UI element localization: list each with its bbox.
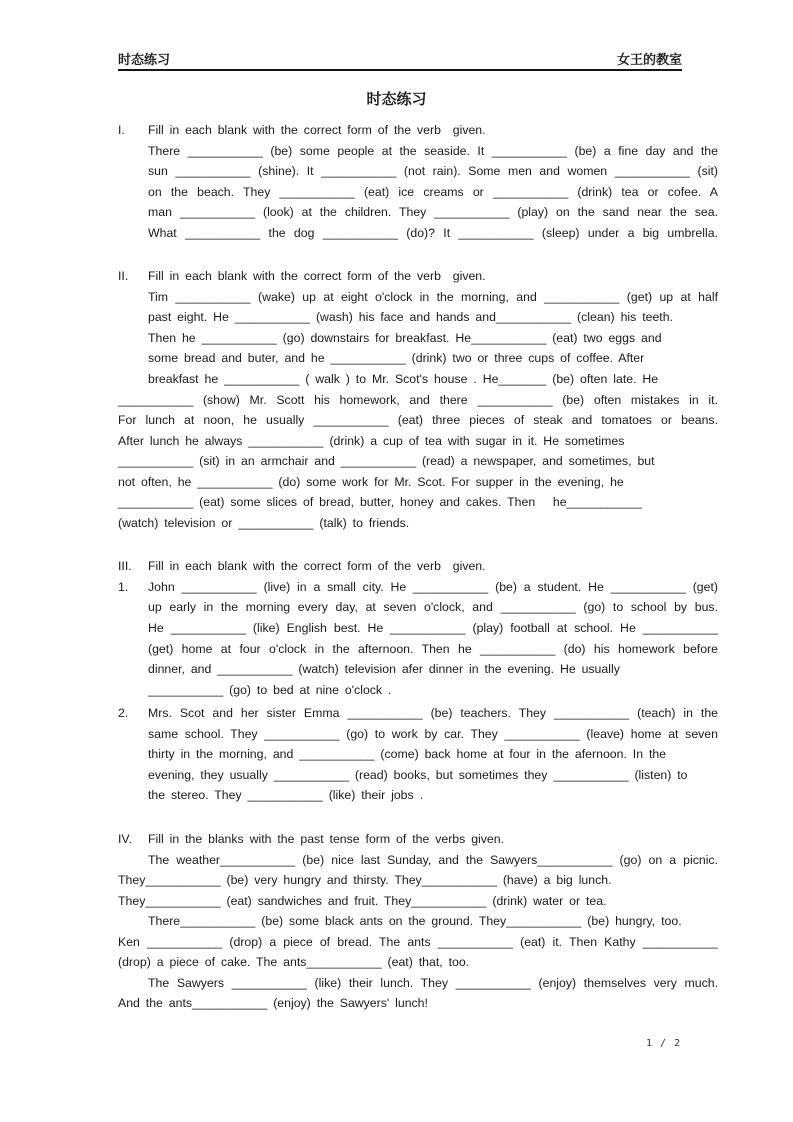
text-line: They___________ (eat) sandwiches and fru… [118, 891, 718, 912]
text-line: Then he ___________ (go) downstairs for … [148, 328, 718, 349]
text-line: And the ants___________ (enjoy) the Sawy… [118, 993, 718, 1014]
text-line: dinner, and ___________ (watch) televisi… [148, 659, 718, 680]
text-line: ___________ (show) Mr. Scott his homewor… [118, 390, 718, 411]
item-marker: 1. [118, 577, 128, 598]
section-heading: II.Fill in each blank with the correct f… [118, 266, 718, 287]
section-instruction: Fill in each blank with the correct form… [148, 556, 718, 577]
text-line: The weather___________ (be) nice last Su… [148, 850, 718, 871]
exercise-paragraph: Tim ___________ (wake) up at eight o'clo… [118, 287, 718, 534]
exercise-paragraph: 1.John ___________ (live) in a small cit… [118, 577, 718, 700]
text-line: on the beach. They ___________ (eat) ice… [148, 182, 718, 203]
text-line: Mrs. Scot and her sister Emma __________… [148, 703, 718, 724]
page-number: 1 / 2 [646, 1038, 681, 1049]
text-line: (get) home at four o'clock in the aftern… [148, 639, 718, 660]
text-line: (drop) a piece of cake. The ants________… [118, 952, 718, 973]
section-numeral: I. [118, 120, 148, 141]
text-line: ___________ (go) to bed at nine o'clock … [148, 680, 718, 701]
text-line: What ___________ the dog ___________ (do… [148, 223, 718, 244]
document-body: I.Fill in each blank with the correct fo… [118, 120, 718, 1014]
section-heading: I.Fill in each blank with the correct fo… [118, 120, 718, 141]
text-line: breakfast he ___________ ( walk ) to Mr.… [148, 369, 718, 390]
section-IV: IV.Fill in the blanks with the past tens… [118, 829, 718, 1014]
section-instruction: Fill in each blank with the correct form… [148, 120, 718, 141]
text-line: Ken ___________ (drop) a piece of bread.… [118, 932, 718, 953]
item-marker: 2. [118, 703, 128, 724]
text-line: There ___________ (be) some people at th… [148, 141, 718, 162]
section-heading: III.Fill in each blank with the correct … [118, 556, 718, 577]
text-line: evening, they usually ___________ (read)… [148, 765, 718, 786]
text-line: some bread and buter, and he ___________… [148, 348, 718, 369]
text-line: thirty in the morning, and ___________ (… [148, 744, 718, 765]
section-instruction: Fill in the blanks with the past tense f… [148, 829, 718, 850]
text-line: Tim ___________ (wake) up at eight o'clo… [148, 287, 718, 308]
text-line: the stereo. They ___________ (like) thei… [148, 785, 718, 806]
text-line: man ___________ (look) at the children. … [148, 202, 718, 223]
section-II: II.Fill in each blank with the correct f… [118, 266, 718, 533]
header-left-title: 时态练习 [118, 52, 170, 68]
text-line: After lunch he always ___________ (drink… [118, 431, 718, 452]
text-line: ___________ (eat) some slices of bread, … [118, 492, 718, 513]
exercise-paragraph: The weather___________ (be) nice last Su… [118, 850, 718, 1014]
section-numeral: II. [118, 266, 148, 287]
text-line: They___________ (be) very hungry and thi… [118, 870, 718, 891]
text-line: For lunch at noon, he usually __________… [118, 410, 718, 431]
text-line: The Sawyers ___________ (like) their lun… [148, 973, 718, 994]
text-line: ___________ (sit) in an armchair and ___… [118, 451, 718, 472]
text-line: past eight. He ___________ (wash) his fa… [148, 307, 718, 328]
text-line: sun ___________ (shine). It ___________ … [148, 161, 718, 182]
worksheet-page: 时态练习 女王的教室 时态练习 I.Fill in each blank wit… [0, 0, 793, 1122]
text-line: (watch) television or ___________ (talk)… [118, 513, 718, 534]
section-numeral: III. [118, 556, 148, 577]
section-numeral: IV. [118, 829, 148, 850]
text-line: not often, he ___________ (do) some work… [118, 472, 718, 493]
header-right-title: 女王的教室 [617, 52, 682, 68]
section-I: I.Fill in each blank with the correct fo… [118, 120, 718, 243]
exercise-paragraph: There ___________ (be) some people at th… [118, 141, 718, 244]
page-header: 时态练习 女王的教室 [118, 52, 682, 71]
section-instruction: Fill in each blank with the correct form… [148, 266, 718, 287]
text-line: same school. They ___________ (go) to wo… [148, 724, 718, 745]
text-line: He ___________ (like) English best. He _… [148, 618, 718, 639]
text-line: John ___________ (live) in a small city.… [148, 577, 718, 598]
section-heading: IV.Fill in the blanks with the past tens… [118, 829, 718, 850]
section-III: III.Fill in each blank with the correct … [118, 556, 718, 806]
text-line: There___________ (be) some black ants on… [148, 911, 718, 932]
text-line: up early in the morning every day, at se… [148, 597, 718, 618]
document-title: 时态练习 [0, 89, 793, 111]
exercise-paragraph: 2.Mrs. Scot and her sister Emma ________… [118, 703, 718, 806]
